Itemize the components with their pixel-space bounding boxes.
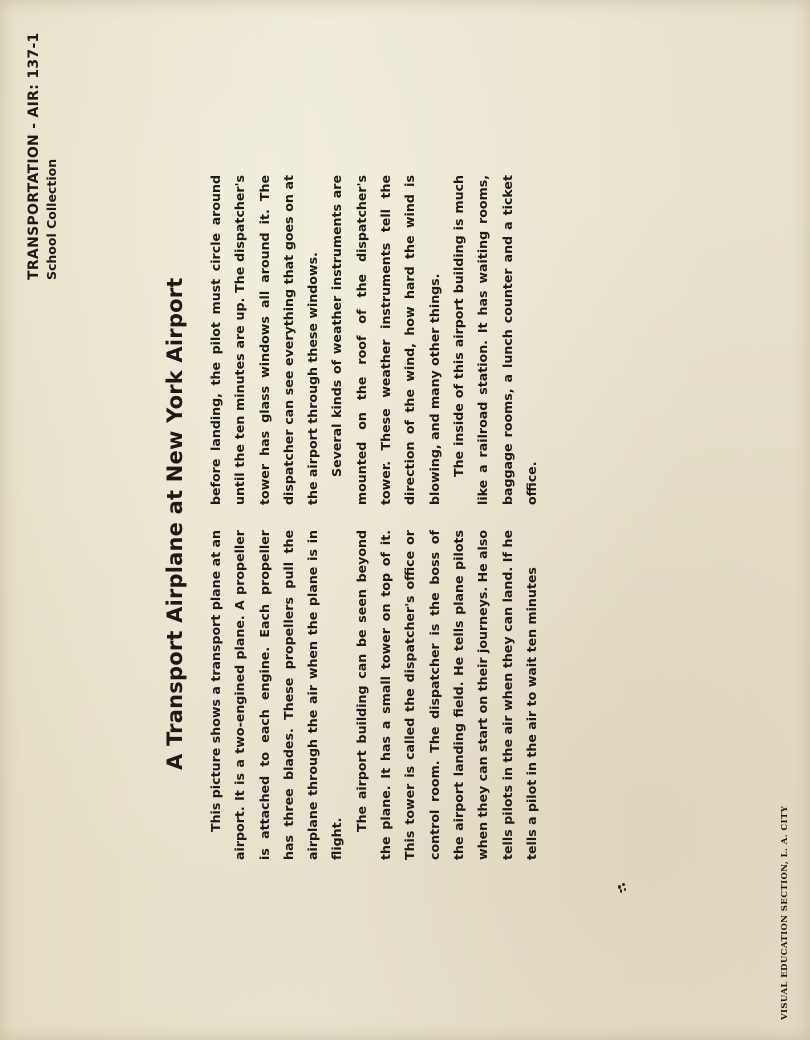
paragraph-3: Several kinds of weather instruments are… — [325, 175, 446, 505]
paragraph-1: This picture shows a transport plane at … — [204, 530, 350, 860]
document-card: TRANSPORTATION - AIR: 137-1 School Colle… — [0, 0, 810, 1040]
paragraph-2-continued: before landing, the pilot must circle ar… — [204, 175, 325, 505]
right-column: before landing, the pilot must circle ar… — [204, 175, 544, 505]
paragraph-4: The inside of this airport building is m… — [447, 175, 544, 505]
left-column: This picture shows a transport plane at … — [204, 530, 544, 860]
series-label: TRANSPORTATION - AIR: 137-1 — [26, 32, 42, 280]
ink-speck — [617, 883, 627, 895]
header: TRANSPORTATION - AIR: 137-1 School Colle… — [26, 32, 59, 280]
page-title: A Transport Airplane at New York Airport — [163, 310, 187, 770]
paragraph-2: The airport building can be seen beyond … — [350, 530, 544, 860]
rotated-page: TRANSPORTATION - AIR: 137-1 School Colle… — [0, 0, 810, 1040]
publisher-footer: VISUAL EDUCATION SECTION, L. A. CITY — [780, 806, 790, 1020]
collection-label: School Collection — [44, 32, 59, 280]
